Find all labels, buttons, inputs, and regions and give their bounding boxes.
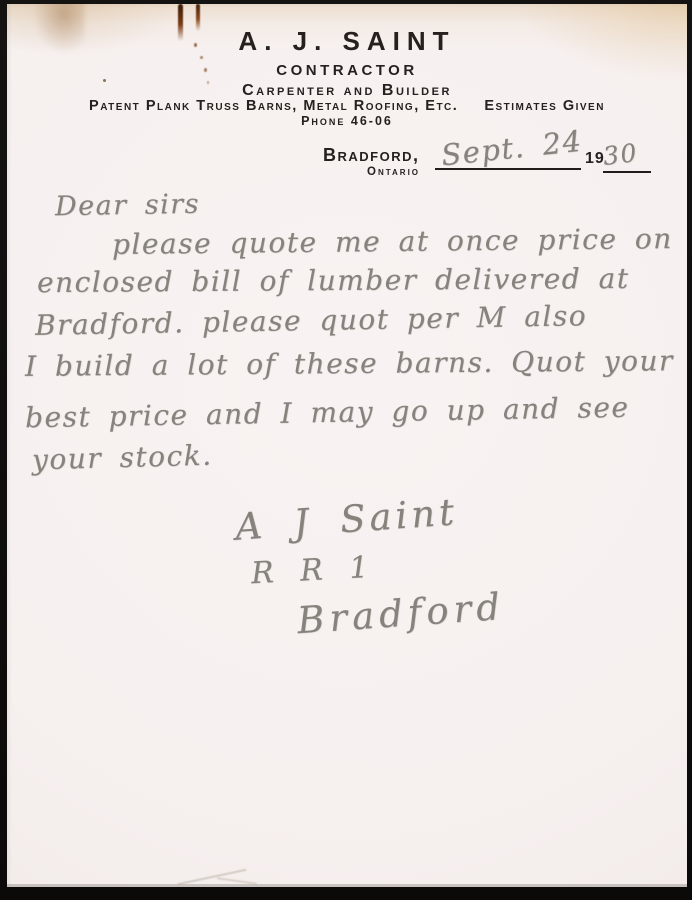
body-line: please quote me at once price on [112, 222, 673, 261]
handwritten-date: Sept. 24 [440, 124, 584, 173]
letter-page: A. J. SAINT CONTRACTOR Carpenter and Bui… [7, 4, 687, 887]
services-text: Patent Plank Truss Barns, Metal Roofing,… [89, 98, 458, 114]
signature-address-2: Bradford [296, 585, 506, 642]
body-line: I build a lot of these barns. Quot your [25, 344, 674, 383]
scan-frame: A. J. SAINT CONTRACTOR Carpenter and Bui… [0, 0, 692, 900]
city-label: Bradford, [323, 145, 420, 166]
body-line: best price and I may go up and see [25, 391, 630, 435]
body-line: Bradford. please quot per M also [35, 299, 588, 342]
handwritten-year: 30 [601, 138, 639, 171]
company-title: CONTRACTOR [7, 62, 687, 79]
body-line: enclosed bill of lumber delivered at [37, 262, 630, 299]
services-line: Patent Plank Truss Barns, Metal Roofing,… [7, 98, 687, 114]
signature-address-1: R R 1 [250, 550, 374, 591]
body-line: your stock. [32, 439, 213, 477]
paper-crease [217, 877, 257, 885]
signature-name: A J Saint [234, 490, 459, 548]
province-label: Ontario [367, 166, 420, 178]
phone-number: Phone 46-06 [7, 114, 687, 128]
company-name: A. J. SAINT [7, 26, 687, 57]
year-rule [603, 171, 651, 173]
paper-crease [178, 869, 247, 886]
estimates-label: Estimates Given [484, 98, 605, 114]
salutation: Dear sirs [55, 189, 200, 223]
